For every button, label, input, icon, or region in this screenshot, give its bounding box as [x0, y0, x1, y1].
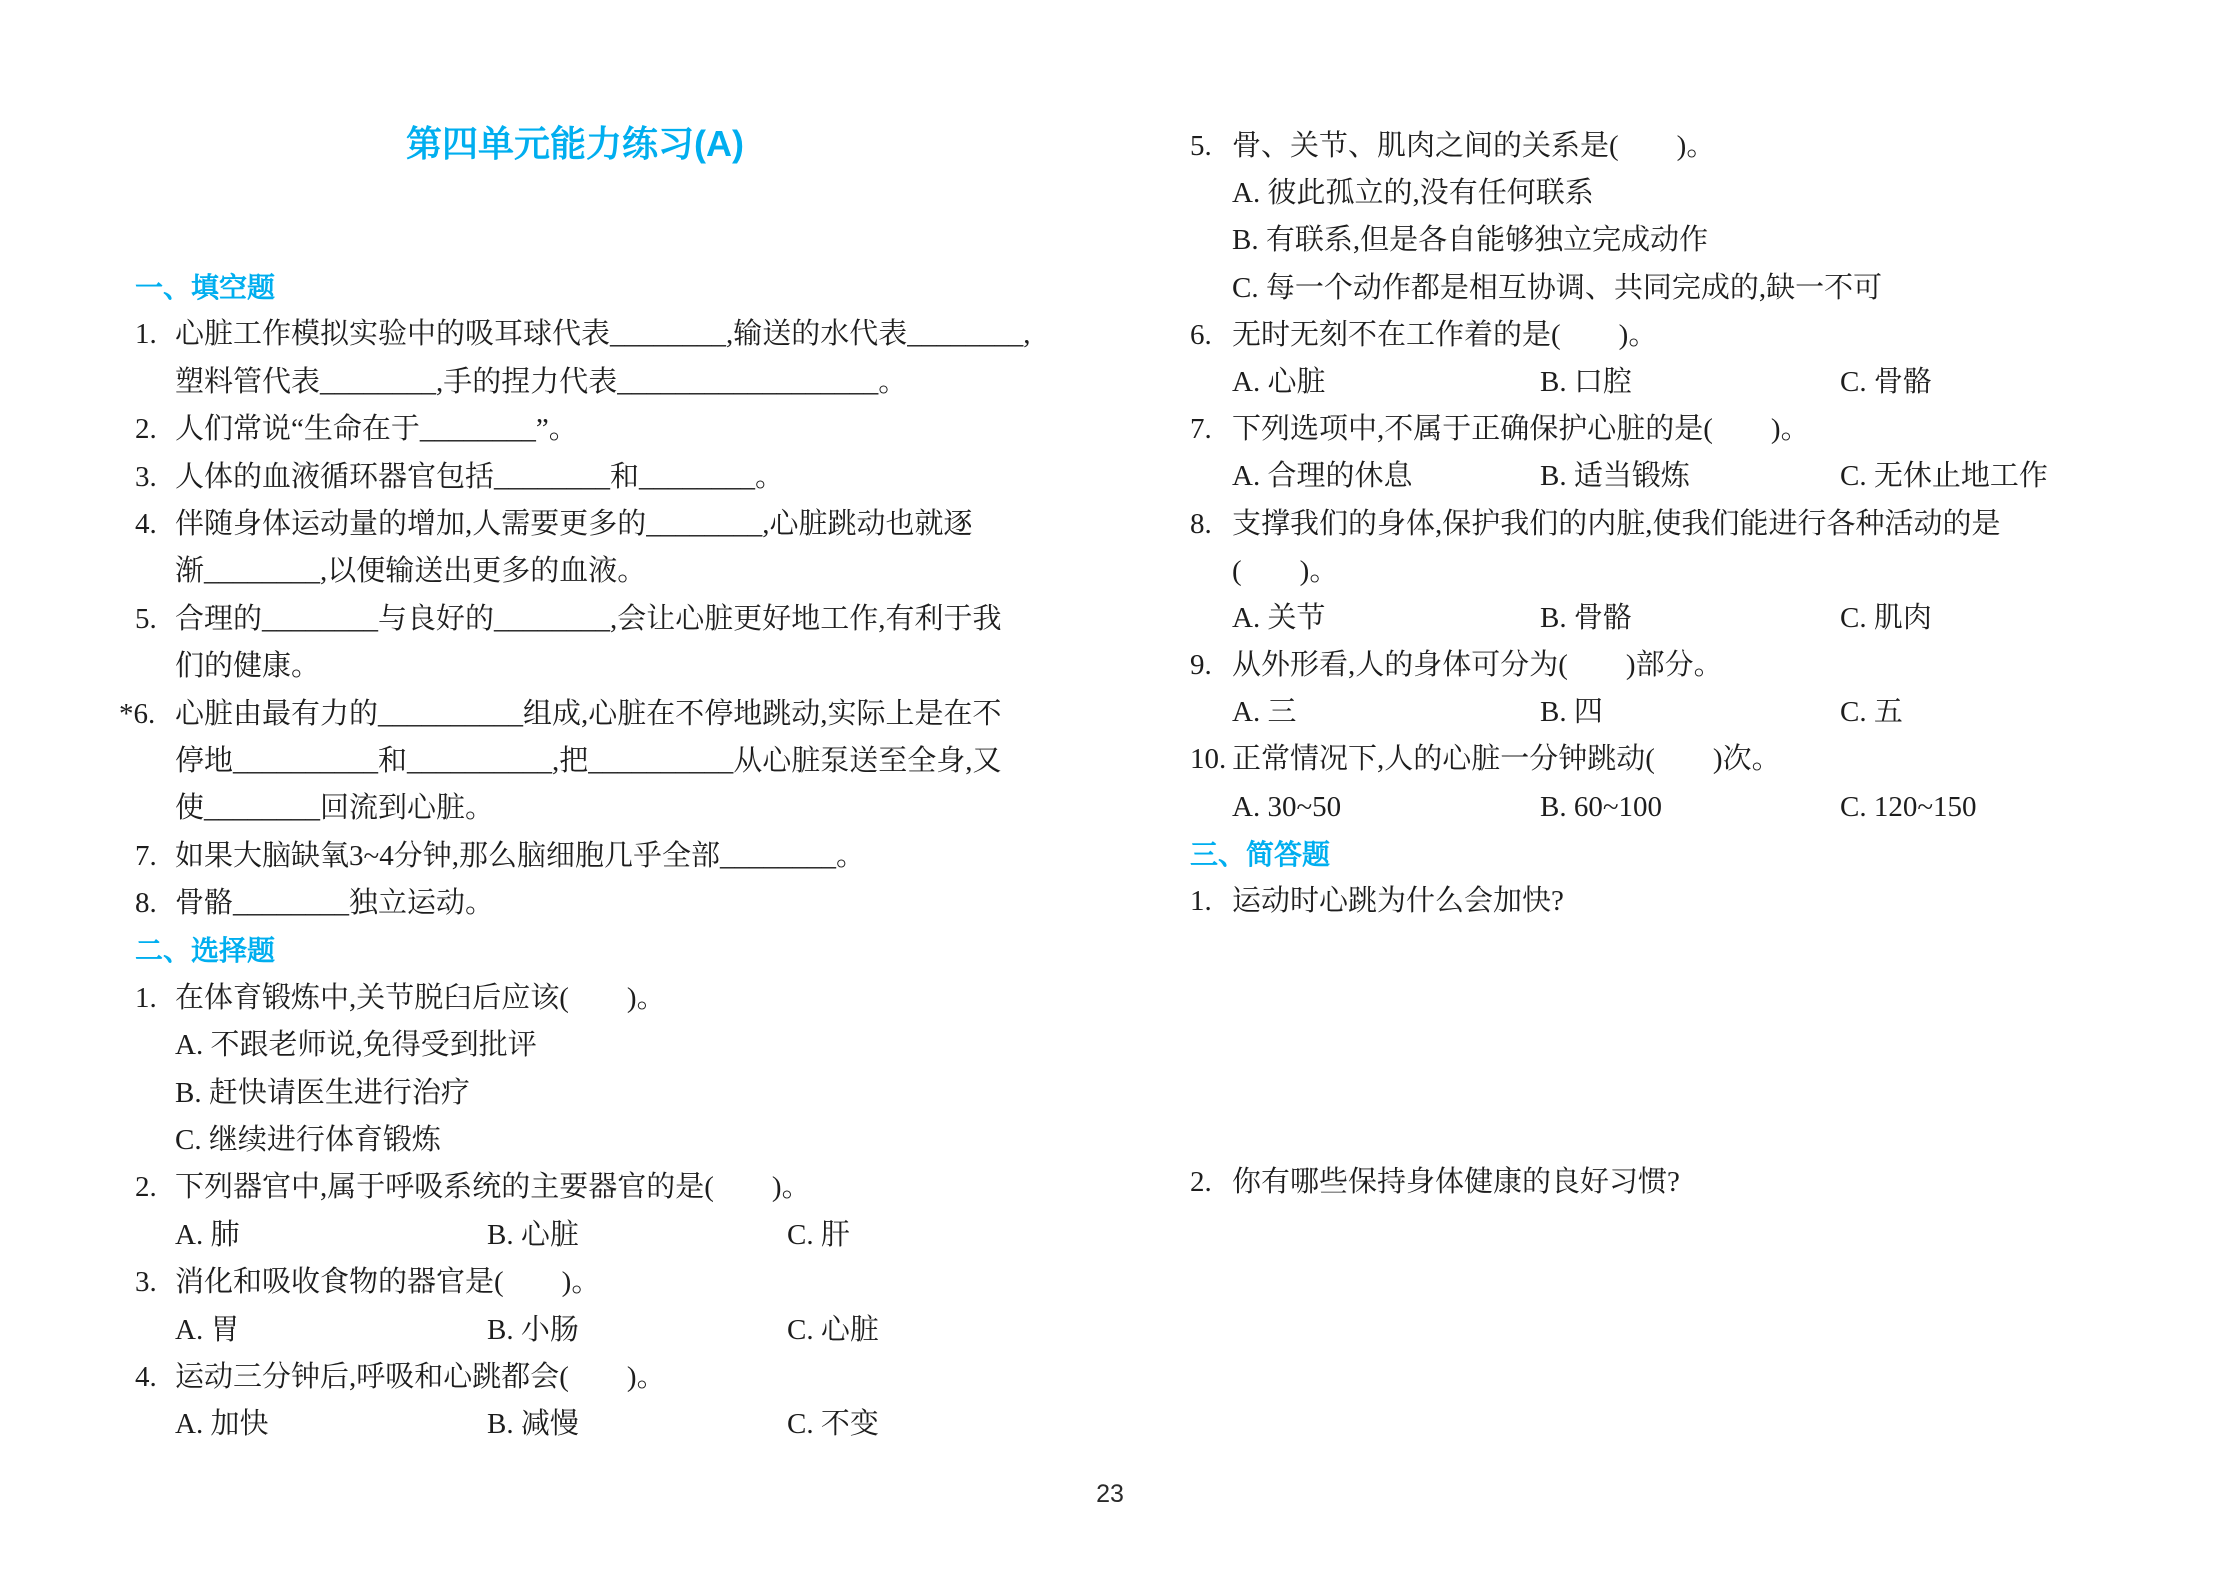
- question-text: 骨、关节、肌肉之间的关系是( )。: [1232, 130, 1715, 162]
- question-text: 人体的血液循环器官包括________和________。: [175, 461, 784, 493]
- fill-question-1-cont: 塑料管代表________,手的捏力代表__________________。: [135, 359, 1080, 406]
- question-number: 2.: [135, 1164, 175, 1211]
- option-c: C. 肝: [787, 1219, 850, 1251]
- choice-question-3: 3.消化和吸收食物的器官是( )。: [135, 1259, 1080, 1306]
- option-a: A. 肺: [175, 1212, 487, 1259]
- question-text: 正常情况下,人的心脏一分钟跳动( )次。: [1232, 743, 1781, 775]
- choice-question-10: 10.正常情况下,人的心脏一分钟跳动( )次。: [1190, 736, 2155, 783]
- question-number: 9.: [1190, 642, 1232, 689]
- page-title: 第四单元能力练习(A): [135, 120, 1015, 168]
- fill-question-4: 4.伴随身体运动量的增加,人需要更多的________,心脏跳动也就逐: [135, 501, 1080, 548]
- fill-question-8: 8.骨骼________独立运动。: [135, 880, 1080, 927]
- choice-question-5: 5.骨、关节、肌肉之间的关系是( )。: [1190, 123, 2155, 170]
- choice-question-9: 9.从外形看,人的身体可分为( )部分。: [1190, 642, 2155, 689]
- option-a: A. 胃: [175, 1307, 487, 1354]
- question-text: 伴随身体运动量的增加,人需要更多的________,心脏跳动也就逐: [175, 508, 973, 540]
- choice-question-1: 1.在体育锻炼中,关节脱臼后应该( )。: [135, 975, 1080, 1022]
- right-column: 5.骨、关节、肌肉之间的关系是( )。 A. 彼此孤立的,没有任何联系 B. 有…: [1190, 123, 2155, 1206]
- question-text: 心脏工作模拟实验中的吸耳球代表________,输送的水代表________,: [175, 318, 1031, 350]
- section-heading-choice: 二、选择题: [135, 927, 1080, 974]
- choice-question-8-options: A. 关节B. 骨骼C. 肌肉: [1190, 595, 2155, 642]
- option-a: A. 加快: [175, 1401, 487, 1448]
- choice-question-3-options: A. 胃B. 小肠C. 心脏: [135, 1307, 1080, 1354]
- question-number: 3.: [135, 454, 175, 501]
- page-number: 23: [0, 1480, 2220, 1509]
- question-number: 3.: [135, 1259, 175, 1306]
- question-text: 心脏由最有力的__________组成,心脏在不停地跳动,实际上是在不: [175, 698, 1002, 730]
- fill-question-7: 7.如果大脑缺氧3~4分钟,那么脑细胞几乎全部________。: [135, 833, 1080, 880]
- question-number: 1.: [135, 975, 175, 1022]
- option-b: B. 减慢: [487, 1401, 787, 1448]
- choice-question-1-option-b: B. 赶快请医生进行治疗: [135, 1070, 1080, 1117]
- fill-question-4-cont: 渐________,以便输送出更多的血液。: [135, 548, 1080, 595]
- question-text: 无时无刻不在工作着的是( )。: [1232, 319, 1657, 351]
- question-number: 8.: [1190, 501, 1232, 548]
- choice-question-4-options: A. 加快B. 减慢C. 不变: [135, 1401, 1080, 1448]
- choice-question-1-option-a: A. 不跟老师说,免得受到批评: [135, 1022, 1080, 1069]
- short-question-2: 2.你有哪些保持身体健康的良好习惯?: [1190, 1159, 2155, 1206]
- option-c: C. 心脏: [787, 1314, 879, 1346]
- option-c: C. 120~150: [1840, 791, 1977, 823]
- option-b: B. 心脏: [487, 1212, 787, 1259]
- choice-question-2: 2.下列器官中,属于呼吸系统的主要器官的是( )。: [135, 1164, 1080, 1211]
- choice-question-6: 6.无时无刻不在工作着的是( )。: [1190, 312, 2155, 359]
- question-text: 人们常说“生命在于________”。: [175, 413, 578, 445]
- question-text: 消化和吸收食物的器官是( )。: [175, 1266, 600, 1298]
- section-heading-short-answer: 三、简答题: [1190, 831, 2155, 878]
- fill-question-6-cont: 使________回流到心脏。: [135, 785, 1080, 832]
- fill-question-2: 2.人们常说“生命在于________”。: [135, 406, 1080, 453]
- choice-question-10-options: A. 30~50B. 60~100C. 120~150: [1190, 784, 2155, 831]
- option-b: B. 60~100: [1540, 784, 1840, 831]
- option-b: B. 适当锻炼: [1540, 453, 1840, 500]
- question-number: 6.: [1190, 312, 1232, 359]
- choice-question-7: 7.下列选项中,不属于正确保护心脏的是( )。: [1190, 406, 2155, 453]
- option-a: A. 30~50: [1232, 784, 1540, 831]
- choice-question-4: 4.运动三分钟后,呼吸和心跳都会( )。: [135, 1354, 1080, 1401]
- option-b: B. 小肠: [487, 1307, 787, 1354]
- fill-question-3: 3.人体的血液循环器官包括________和________。: [135, 454, 1080, 501]
- option-c: C. 骨骼: [1840, 366, 1932, 398]
- choice-question-9-options: A. 三B. 四C. 五: [1190, 689, 2155, 736]
- choice-question-5-option-a: A. 彼此孤立的,没有任何联系: [1190, 170, 2155, 217]
- option-b: B. 骨骼: [1540, 595, 1840, 642]
- choice-question-1-option-c: C. 继续进行体育锻炼: [135, 1117, 1080, 1164]
- question-number: 1.: [135, 311, 175, 358]
- question-number: 4.: [135, 1354, 175, 1401]
- fill-question-6-cont: 停地__________和__________,把__________从心脏泵送…: [135, 738, 1080, 785]
- option-a: A. 合理的休息: [1232, 453, 1540, 500]
- choice-question-5-option-b: B. 有联系,但是各自能够独立完成动作: [1190, 217, 2155, 264]
- worksheet-page: 第四单元能力练习(A) 一、填空题 1.心脏工作模拟实验中的吸耳球代表_____…: [0, 0, 2220, 1571]
- option-c: C. 不变: [787, 1408, 879, 1440]
- choice-question-8-cont: ( )。: [1190, 548, 2155, 595]
- question-number: 10.: [1190, 736, 1232, 783]
- option-b: B. 口腔: [1540, 359, 1840, 406]
- choice-question-2-options: A. 肺B. 心脏C. 肝: [135, 1212, 1080, 1259]
- fill-question-5-cont: 们的健康。: [135, 643, 1080, 690]
- question-number: 7.: [135, 833, 175, 880]
- choice-question-6-options: A. 心脏B. 口腔C. 骨骼: [1190, 359, 2155, 406]
- question-text: 从外形看,人的身体可分为( )部分。: [1232, 649, 1723, 681]
- question-number: 2.: [1190, 1159, 1232, 1206]
- question-text: 下列选项中,不属于正确保护心脏的是( )。: [1232, 413, 1810, 445]
- fill-question-6: *6.心脏由最有力的__________组成,心脏在不停地跳动,实际上是在不: [135, 691, 1080, 738]
- choice-question-5-option-c: C. 每一个动作都是相互协调、共同完成的,缺一不可: [1190, 265, 2155, 312]
- section-heading-fill-in: 一、填空题: [135, 264, 1080, 311]
- option-c: C. 肌肉: [1840, 602, 1932, 634]
- left-column: 一、填空题 1.心脏工作模拟实验中的吸耳球代表________,输送的水代表__…: [135, 264, 1080, 1449]
- question-number: 4.: [135, 501, 175, 548]
- question-text: 骨骼________独立运动。: [175, 887, 494, 919]
- question-number: 7.: [1190, 406, 1232, 453]
- question-text: 运动三分钟后,呼吸和心跳都会( )。: [175, 1361, 666, 1393]
- question-text: 下列器官中,属于呼吸系统的主要器官的是( )。: [175, 1171, 811, 1203]
- choice-question-7-options: A. 合理的休息B. 适当锻炼C. 无休止地工作: [1190, 453, 2155, 500]
- question-number-starred: *6.: [119, 691, 175, 738]
- question-text: 在体育锻炼中,关节脱臼后应该( )。: [175, 982, 666, 1014]
- question-text: 你有哪些保持身体健康的良好习惯?: [1232, 1166, 1680, 1198]
- question-number: 5.: [1190, 123, 1232, 170]
- option-a: A. 心脏: [1232, 359, 1540, 406]
- question-text: 支撑我们的身体,保护我们的内脏,使我们能进行各种活动的是: [1232, 508, 2001, 540]
- short-question-1: 1.运动时心跳为什么会加快?: [1190, 878, 2155, 925]
- answer-space: [1190, 925, 2155, 1159]
- question-text: 运动时心跳为什么会加快?: [1232, 885, 1564, 917]
- option-a: A. 三: [1232, 689, 1540, 736]
- fill-question-1: 1.心脏工作模拟实验中的吸耳球代表________,输送的水代表________…: [135, 311, 1080, 358]
- question-number: 5.: [135, 596, 175, 643]
- option-a: A. 关节: [1232, 595, 1540, 642]
- choice-question-8: 8.支撑我们的身体,保护我们的内脏,使我们能进行各种活动的是: [1190, 501, 2155, 548]
- fill-question-5: 5.合理的________与良好的________,会让心脏更好地工作,有利于我: [135, 596, 1080, 643]
- question-number: 8.: [135, 880, 175, 927]
- option-c: C. 五: [1840, 696, 1903, 728]
- option-c: C. 无休止地工作: [1840, 460, 2048, 492]
- question-number: 2.: [135, 406, 175, 453]
- question-text: 如果大脑缺氧3~4分钟,那么脑细胞几乎全部________。: [175, 840, 865, 872]
- question-text: 合理的________与良好的________,会让心脏更好地工作,有利于我: [175, 603, 1002, 635]
- option-b: B. 四: [1540, 689, 1840, 736]
- question-number: 1.: [1190, 878, 1232, 925]
